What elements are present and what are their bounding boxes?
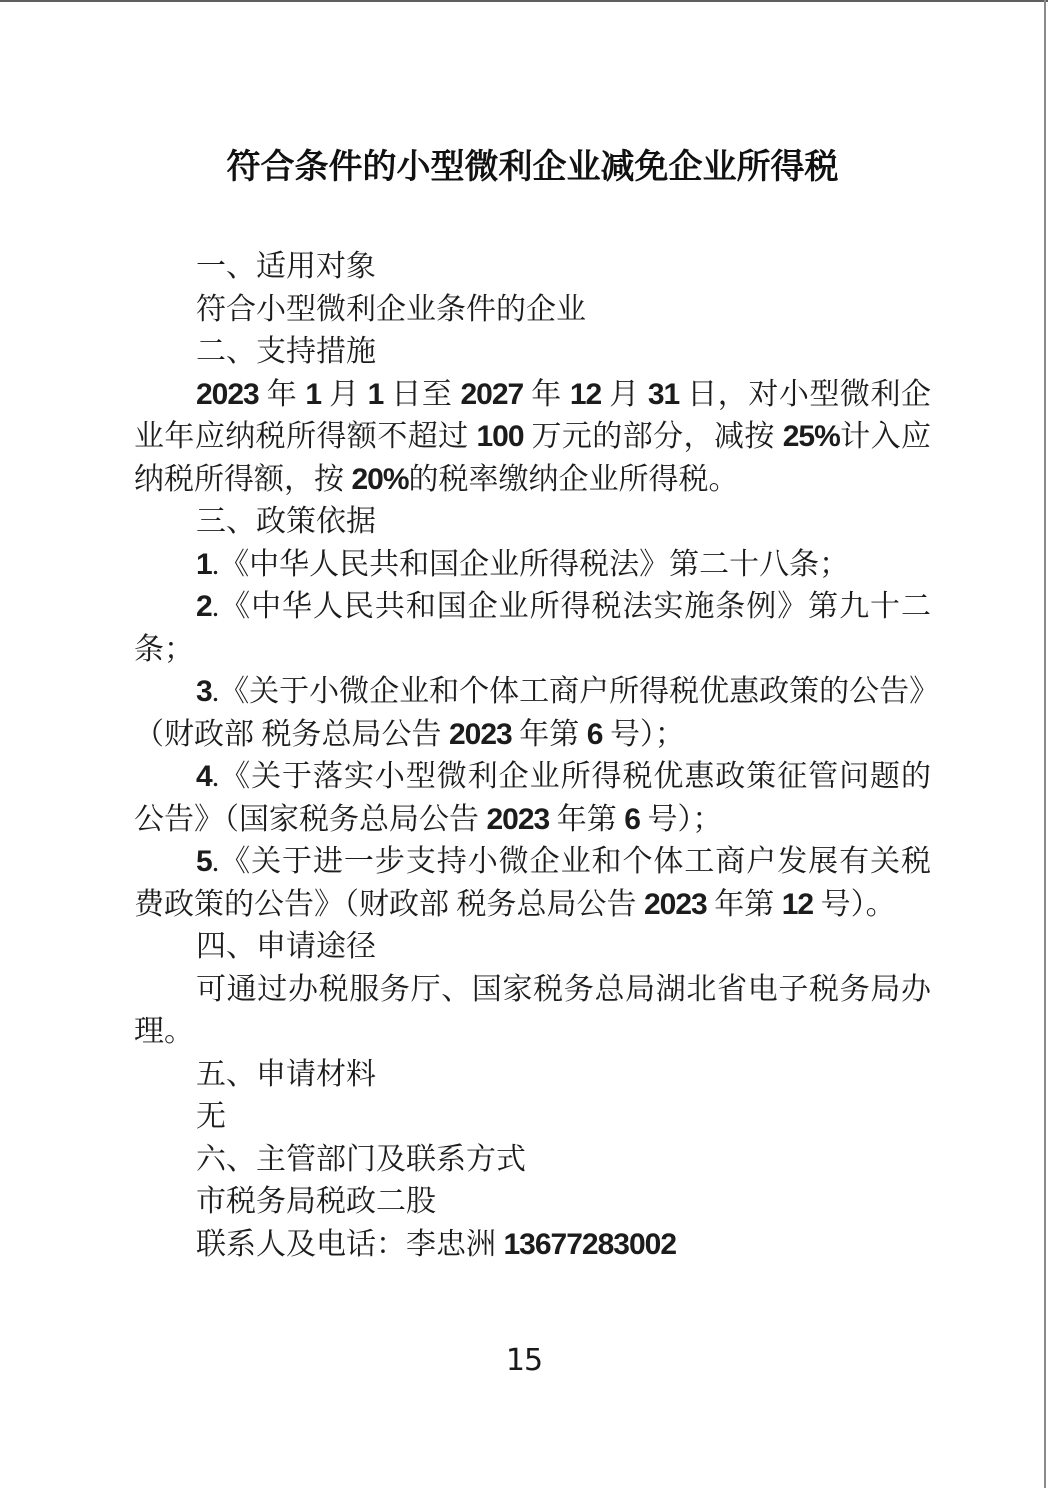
text-line: 条； (134, 629, 931, 672)
numeric-text: 1 (305, 378, 321, 411)
text-line: 三、政策依据 (134, 501, 931, 544)
text-line: 业年应纳税所得额不超过 100 万元的部分，减按 25%计入应 (134, 416, 931, 459)
numeric-text: 1 (368, 378, 384, 411)
text-line: 四、申请途径 (134, 926, 931, 969)
text-line: 联系人及电话：李忠洲 13677283002 (134, 1224, 931, 1267)
numeric-text: 31 (648, 378, 679, 411)
paragraph: 五、申请材料 (134, 1054, 931, 1097)
document-body: 一、适用对象符合小型微利企业条件的企业二、支持措施2023 年 1 月 1 日至… (134, 246, 931, 1266)
document-title: 符合条件的小型微利企业减免企业所得税 (134, 146, 931, 190)
text-line: 二、支持措施 (134, 331, 931, 374)
paragraph: 四、申请途径 (134, 926, 931, 969)
paragraph: 一、适用对象 (134, 246, 931, 289)
numeric-text: 2 (196, 590, 212, 623)
paragraph: 可通过办税服务厅、国家税务总局湖北省电子税务局办理。 (134, 969, 931, 1054)
text-line: 符合小型微利企业条件的企业 (134, 289, 931, 332)
paragraph: 3.《关于小微企业和个体工商户所得税优惠政策的公告》（财政部 税务总局公告 20… (134, 671, 931, 756)
text-line: 六、主管部门及联系方式 (134, 1139, 931, 1182)
paragraph: 4.《关于落实小型微利企业所得税优惠政策征管问题的公告》（国家税务总局公告 20… (134, 756, 931, 841)
text-line: 可通过办税服务厅、国家税务总局湖北省电子税务局办 (134, 969, 931, 1012)
text-line: 五、申请材料 (134, 1054, 931, 1097)
text-line: 4.《关于落实小型微利企业所得税优惠政策征管问题的 (134, 756, 931, 799)
page-number: 15 (506, 1343, 542, 1378)
numeric-text: 2023 (644, 888, 707, 921)
paragraph: 符合小型微利企业条件的企业 (134, 289, 931, 332)
text-line: 2.《中华人民共和国企业所得税法实施条例》第九十二 (134, 586, 931, 629)
text-line: 纳税所得额，按 20%的税率缴纳企业所得税。 (134, 459, 931, 502)
paragraph: 三、政策依据 (134, 501, 931, 544)
paragraph: 5.《关于进一步支持小微企业和个体工商户发展有关税费政策的公告》（财政部 税务总… (134, 841, 931, 926)
numeric-text: 4 (196, 760, 212, 793)
numeric-text: 2027 (461, 378, 524, 411)
text-line: 1.《中华人民共和国企业所得税法》第二十八条； (134, 544, 931, 587)
text-line: 费政策的公告》（财政部 税务总局公告 2023 年第 12 号）。 (134, 884, 931, 927)
numeric-text: 2023 (196, 378, 259, 411)
numeric-text: 5 (196, 845, 212, 878)
document-page: 符合条件的小型微利企业减免企业所得税 一、适用对象符合小型微利企业条件的企业二、… (0, 0, 1048, 1488)
text-line: 2023 年 1 月 1 日至 2027 年 12 月 31 日，对小型微利企 (134, 374, 931, 417)
text-line: 3.《关于小微企业和个体工商户所得税优惠政策的公告》 (134, 671, 931, 714)
numeric-text: 13677283002 (504, 1228, 677, 1261)
page-right-edge (1044, 0, 1046, 1488)
numeric-text: 20% (352, 463, 409, 496)
numeric-text: 6 (587, 718, 603, 751)
numeric-text: 1 (196, 548, 212, 581)
paragraph: 2023 年 1 月 1 日至 2027 年 12 月 31 日，对小型微利企业… (134, 374, 931, 502)
paragraph: 2.《中华人民共和国企业所得税法实施条例》第九十二条； (134, 586, 931, 671)
numeric-text: 12 (570, 378, 601, 411)
numeric-text: 2023 (449, 718, 512, 751)
text-line: 无 (134, 1096, 931, 1139)
page-content: 符合条件的小型微利企业减免企业所得税 一、适用对象符合小型微利企业条件的企业二、… (134, 0, 931, 1266)
text-line: 公告》（国家税务总局公告 2023 年第 6 号）； (134, 799, 931, 842)
numeric-text: 2023 (487, 803, 550, 836)
numeric-text: 100 (477, 420, 524, 453)
paragraph: 联系人及电话：李忠洲 13677283002 (134, 1224, 931, 1267)
text-line: 5.《关于进一步支持小微企业和个体工商户发展有关税 (134, 841, 931, 884)
paragraph: 市税务局税政二股 (134, 1181, 931, 1224)
paragraph: 六、主管部门及联系方式 (134, 1139, 931, 1182)
page-footer: 15 (0, 1343, 1048, 1378)
paragraph: 1.《中华人民共和国企业所得税法》第二十八条； (134, 544, 931, 587)
text-line: 一、适用对象 (134, 246, 931, 289)
text-line: 市税务局税政二股 (134, 1181, 931, 1224)
paragraph: 无 (134, 1096, 931, 1139)
numeric-text: 12 (782, 888, 813, 921)
paragraph: 二、支持措施 (134, 331, 931, 374)
text-line: （财政部 税务总局公告 2023 年第 6 号）； (134, 714, 931, 757)
numeric-text: 6 (624, 803, 640, 836)
numeric-text: 25% (783, 420, 840, 453)
numeric-text: 3 (196, 675, 212, 708)
text-line: 理。 (134, 1011, 931, 1054)
